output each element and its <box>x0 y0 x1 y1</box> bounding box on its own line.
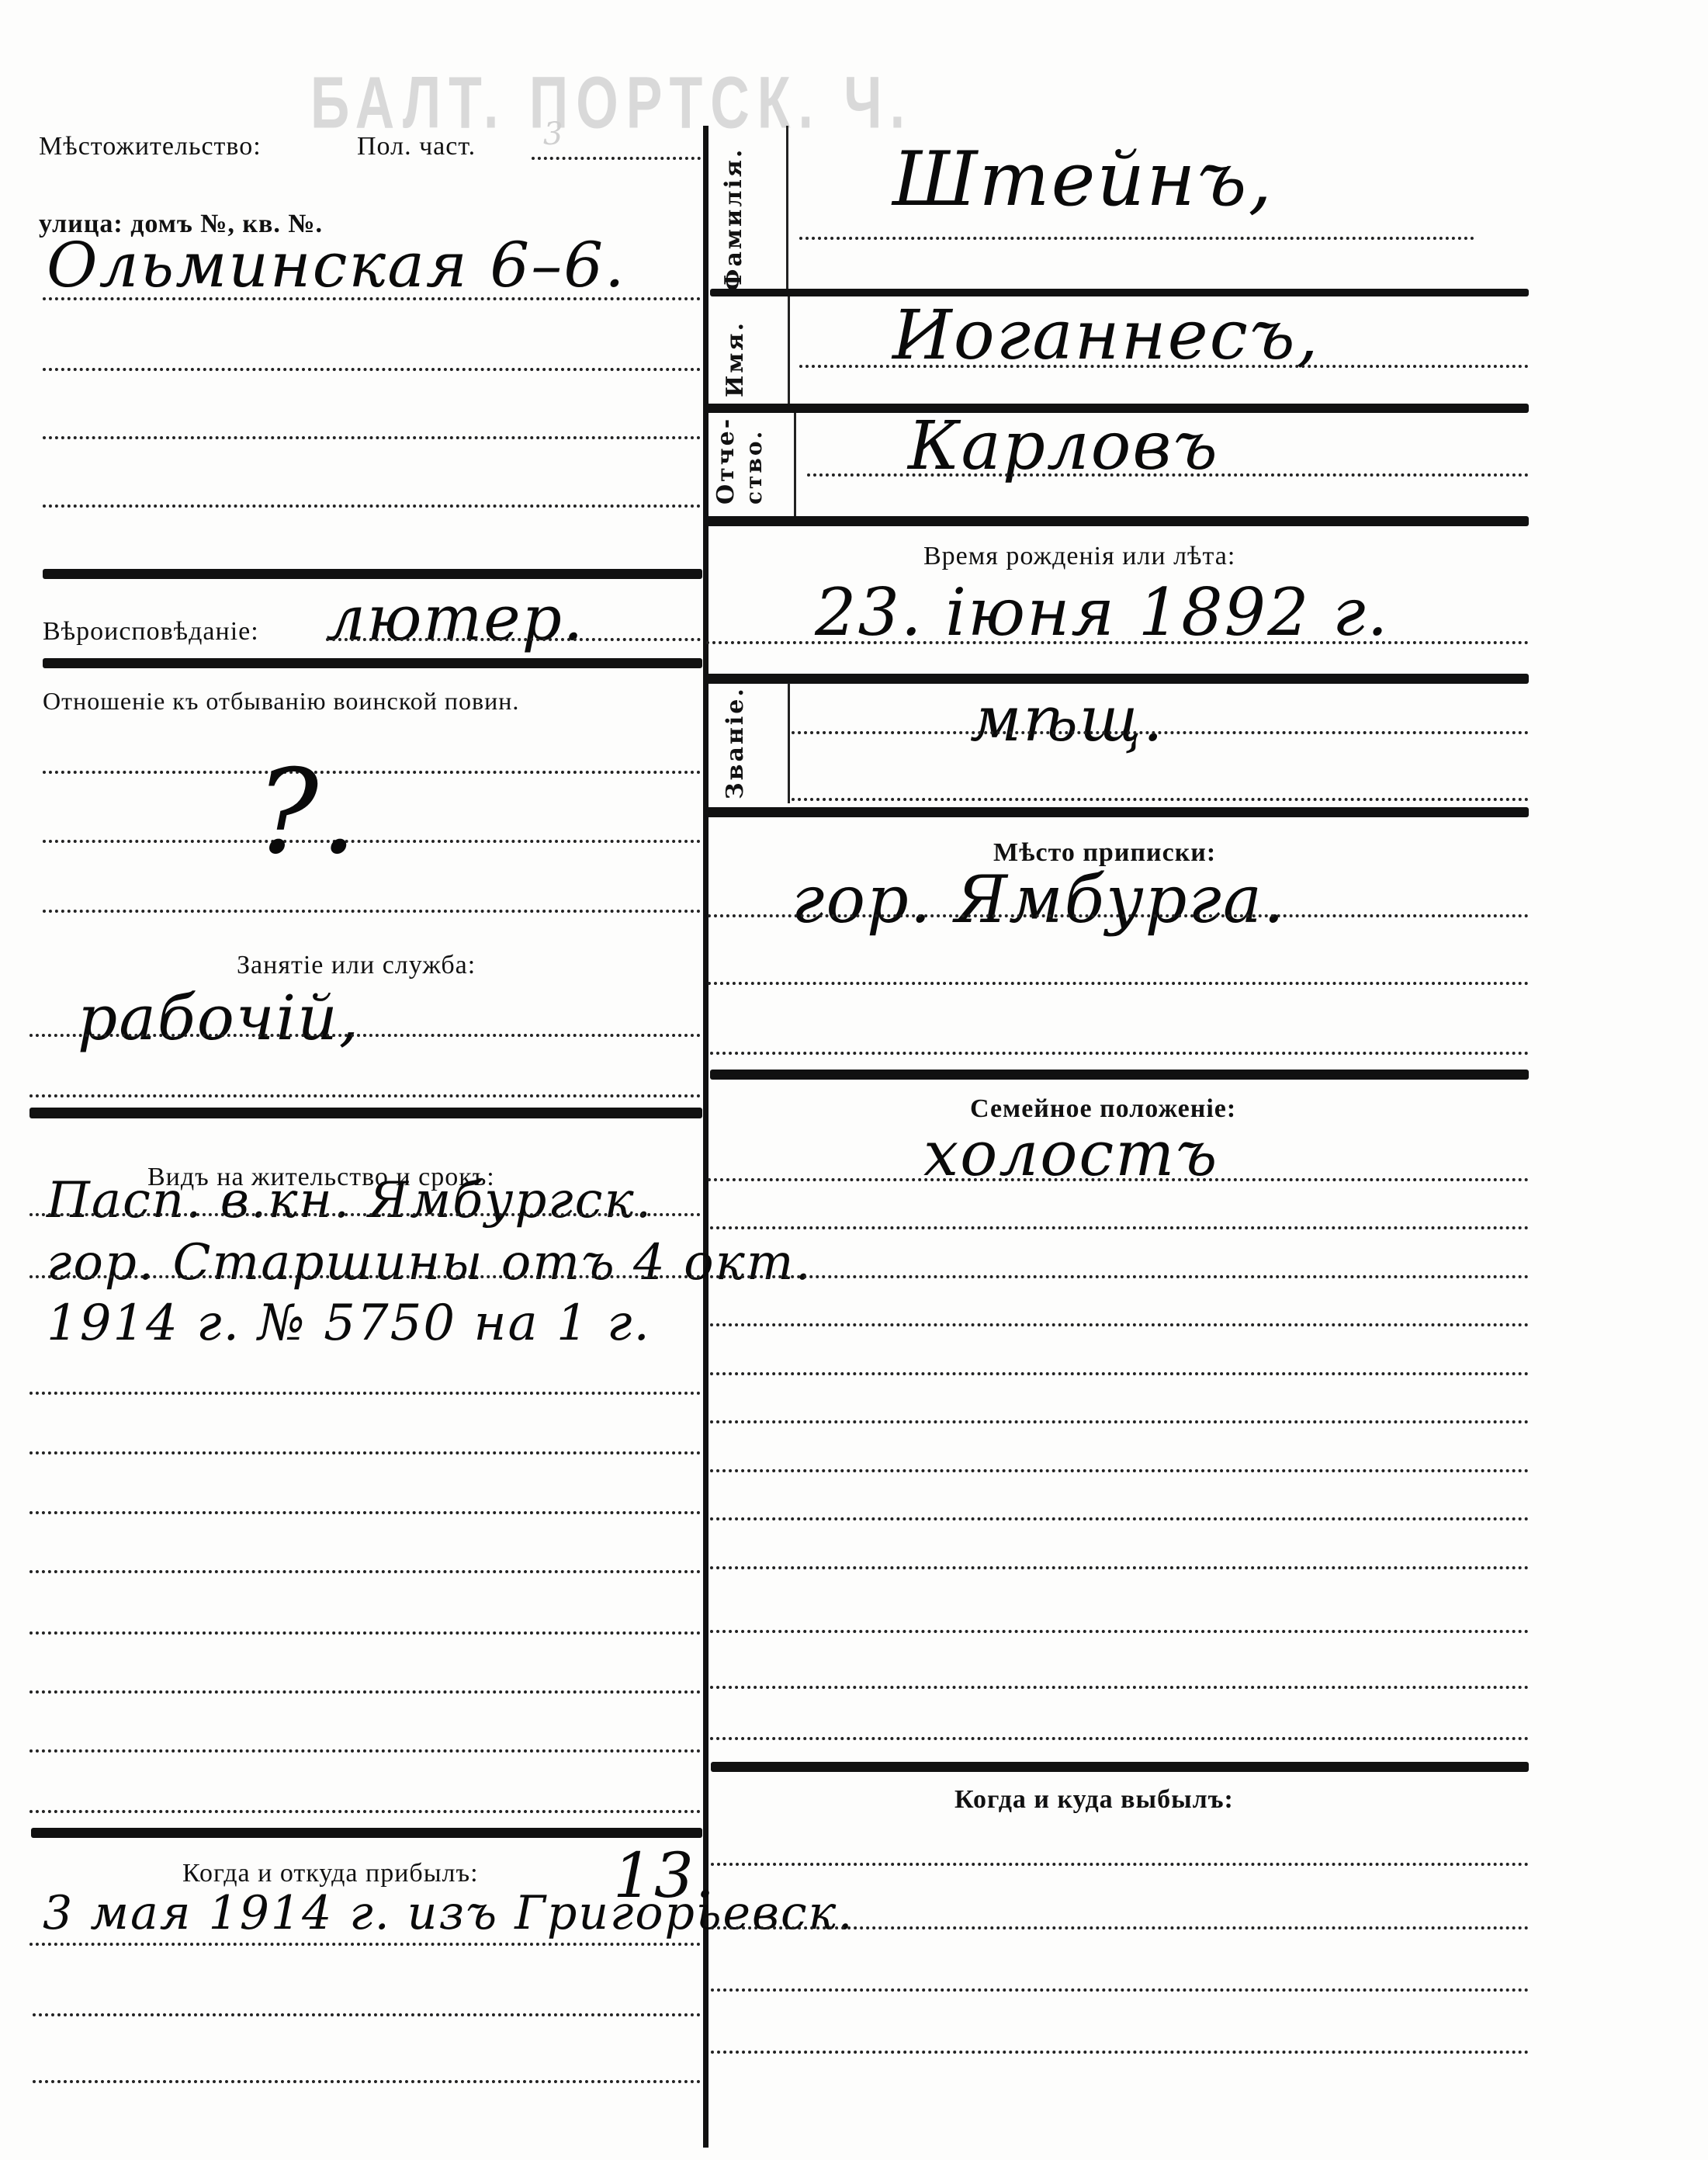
rule-line <box>710 1737 1529 1740</box>
section-divider <box>711 1762 1529 1772</box>
rule-line <box>710 1226 1529 1229</box>
birth-value: 23. іюня 1892 г. <box>815 574 1389 650</box>
rule-line <box>799 365 1529 368</box>
rule-line <box>710 1517 1529 1520</box>
label-box-divider <box>794 413 796 518</box>
section-divider <box>706 807 1529 817</box>
rank-value: мѣщ. <box>970 683 1164 755</box>
patronymic-label-line-2: ство. <box>741 429 767 504</box>
rule-line <box>799 237 1474 240</box>
first-name-value: Иоганнесъ, <box>892 295 1320 375</box>
rule-line <box>708 982 1529 985</box>
registration-value: гор. Ямбурга. <box>792 862 1286 938</box>
section-divider <box>705 516 1529 526</box>
rule-line <box>710 1469 1529 1472</box>
rule-line <box>708 1178 1529 1181</box>
right-column: Фамилія. Штейнъ, Имя. Иоганнесъ, Отче- с… <box>0 0 1708 2160</box>
surname-value: Штейнъ, <box>892 136 1273 223</box>
rule-line <box>710 1372 1529 1375</box>
rule-line <box>710 1686 1529 1689</box>
rule-line <box>711 1988 1529 1992</box>
rule-line <box>710 1630 1529 1633</box>
rule-line <box>706 641 1529 644</box>
label-box-divider <box>788 683 790 803</box>
departure-label: Когда и куда выбылъ: <box>954 1785 1234 1815</box>
rule-line <box>710 1052 1529 1055</box>
rule-line <box>708 914 1529 917</box>
label-box-divider <box>786 126 788 289</box>
birth-label: Время рожденія или лѣта: <box>923 542 1235 571</box>
rule-line <box>807 473 1529 477</box>
rule-line <box>710 1323 1529 1326</box>
section-divider <box>710 1070 1529 1080</box>
rule-line <box>711 1926 1529 1929</box>
rule-line <box>711 2051 1529 2054</box>
surname-label: Фамилія. <box>720 147 747 291</box>
label-box-divider <box>788 296 790 405</box>
rule-line <box>710 1566 1529 1569</box>
patronymic-label-line-1: Отче- <box>712 417 740 504</box>
first-name-label: Имя. <box>722 321 749 397</box>
rule-line <box>792 798 1529 801</box>
rule-line <box>710 1275 1529 1278</box>
registration-card: БАЛТ. ПОРТСК. Ч. Мѣстожительство: Пол. ч… <box>0 0 1708 2160</box>
rule-line <box>711 1863 1529 1866</box>
rank-label: Званіе. <box>722 686 749 799</box>
rule-line <box>710 1420 1529 1423</box>
rule-line <box>792 731 1529 734</box>
